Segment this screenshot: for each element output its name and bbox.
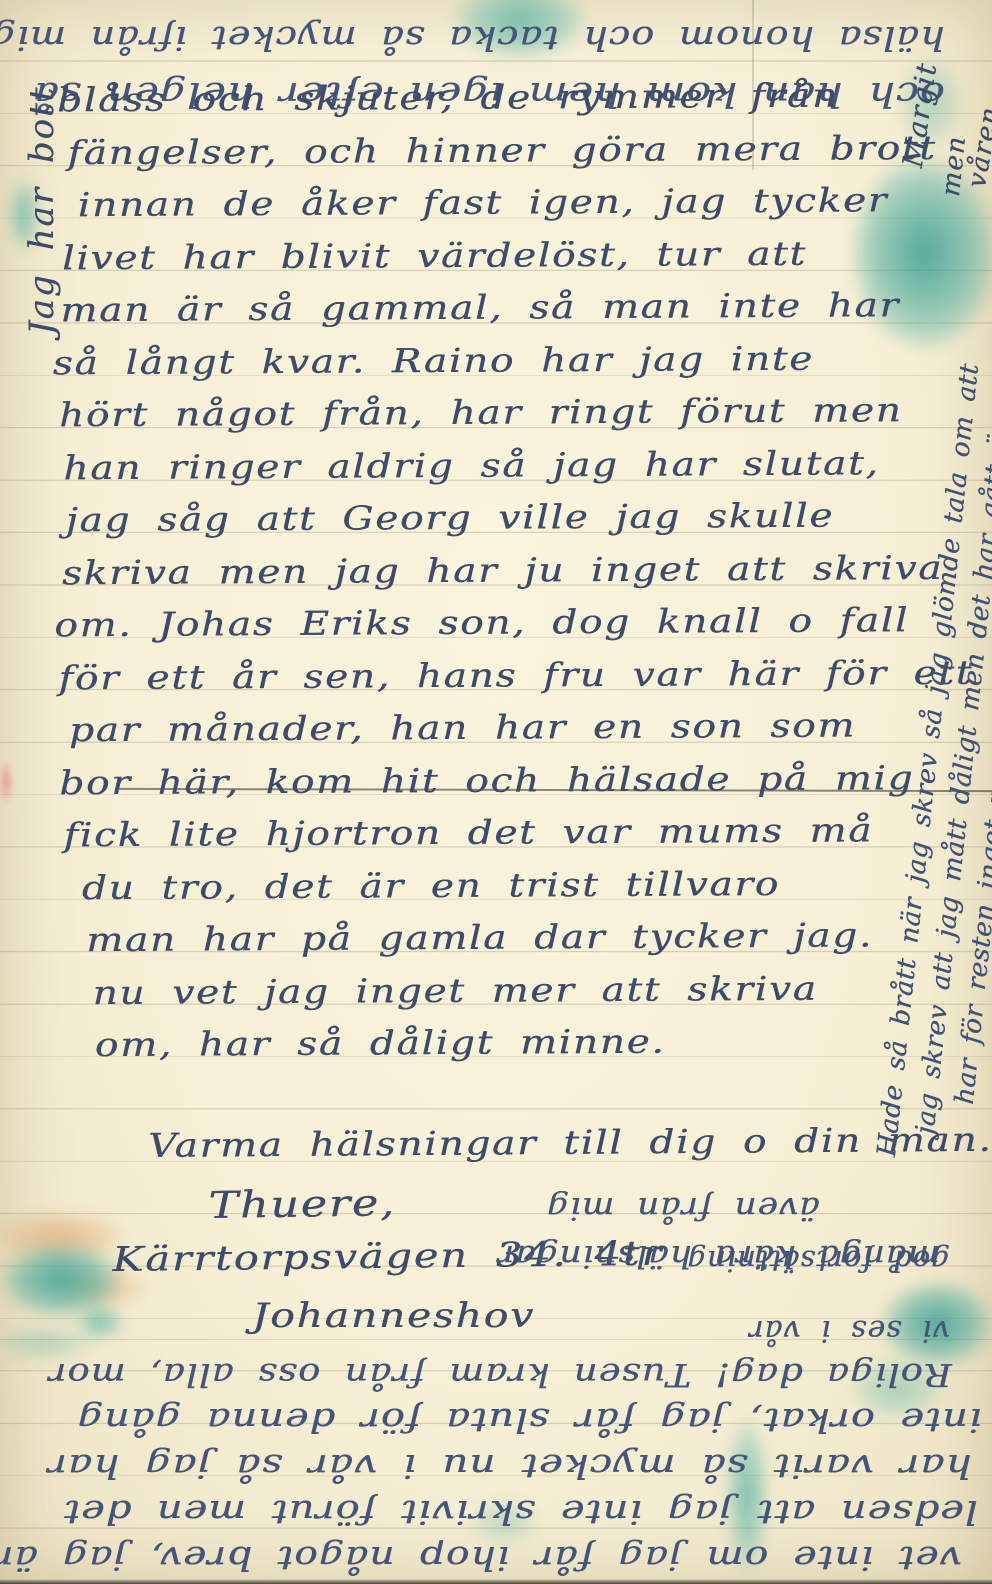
handwritten-line: man är så gammal, så man inte har — [60, 285, 970, 343]
handwritten-line: fick lite hjortron det var mums må — [63, 810, 973, 868]
address-city: Johanneshov — [252, 1296, 535, 1336]
ink-stain-bottom-left-a — [2, 1243, 120, 1317]
handwritten-line: du tro, det är en trist tillvaro — [82, 862, 971, 920]
inverted-text-bottom: vet inte om jag får ihop något brev, jag… — [0, 1350, 992, 1578]
handwritten-line: även från mig — [391, 1178, 820, 1226]
handwritten-line: jag såg att Georg ville jag skulle — [66, 495, 971, 553]
handwritten-line: par månader, han har en son som — [69, 705, 972, 763]
inverted-scribble-near-city: vi ses i vår — [690, 1298, 950, 1348]
signature: Thuere, — [208, 1181, 396, 1227]
handwritten-line: inte orkat, jag får sluta för denna gång — [0, 1394, 982, 1440]
handwritten-line: skriva men jag har ju inget att skriva — [62, 547, 972, 605]
handwritten-line: blåss och skjuter, de rymmer från — [57, 75, 969, 133]
handwritten-line: innan de åker fast igen, jag tycker — [78, 180, 967, 238]
handwritten-line: vi ses i vår — [690, 1313, 950, 1348]
handwritten-line: han ringer aldrig så jag har slutat, — [63, 442, 971, 500]
handwritten-line: hört något från, har ringt förut men — [59, 390, 971, 448]
closing-greeting: Varma hälsningar till dig o din man. — [148, 1120, 992, 1165]
scan-edge-shadow — [0, 1579, 992, 1584]
letter-body: blåss och skjuter, de rymmer från fängel… — [49, 76, 836, 1078]
handwritten-line: har varit så mycket nu i vår så jag har — [0, 1440, 972, 1486]
handwritten-line: vet inte om jag får ihop något brev, jag… — [0, 1532, 962, 1578]
handwritten-line: Roliga dag! Tusen kram från oss alla, mo… — [0, 1348, 952, 1394]
handwritten-line: hälsa honom och tacka så mycket ifrån mi… — [0, 2, 945, 58]
handwritten-line: god fortsättning — [620, 1244, 950, 1278]
handwritten-line: om. Johas Eriks son, dog knall o fall — [54, 600, 974, 658]
handwritten-line: ledsen att jag inte skrivit förut men de… — [0, 1486, 978, 1532]
handwritten-line: fängelser, och hinner göra mera brott — [67, 127, 968, 185]
handwritten-line: så långt kvar. Raino har jag inte — [53, 337, 973, 395]
handwritten-line: man har på gamla dar tycker jag. — [86, 915, 970, 973]
handwritten-line: om, har så dåligt minne. — [95, 1020, 970, 1078]
margin-note-left: Jag har bott — [22, 25, 62, 335]
stain-bottom-left-orange — [0, 1212, 124, 1262]
handwritten-line: livet har blivit värdelöst, tur att — [62, 232, 970, 290]
ink-stain-bottom-left-b — [76, 1305, 124, 1339]
handwritten-line: nu vet jag inget mer att skriva — [92, 967, 969, 1025]
handwritten-line: för ett år sen, hans fru var här för ett — [58, 652, 973, 710]
pink-mark-left-edge — [0, 760, 14, 804]
inverted-scribble-near-address: god fortsättning — [620, 1228, 950, 1278]
handwritten-line-struck: bor här, kom hit och hälsade på mig — [59, 757, 974, 815]
letter-page: och han kom hem igen efter helgen så häl… — [0, 0, 992, 1584]
